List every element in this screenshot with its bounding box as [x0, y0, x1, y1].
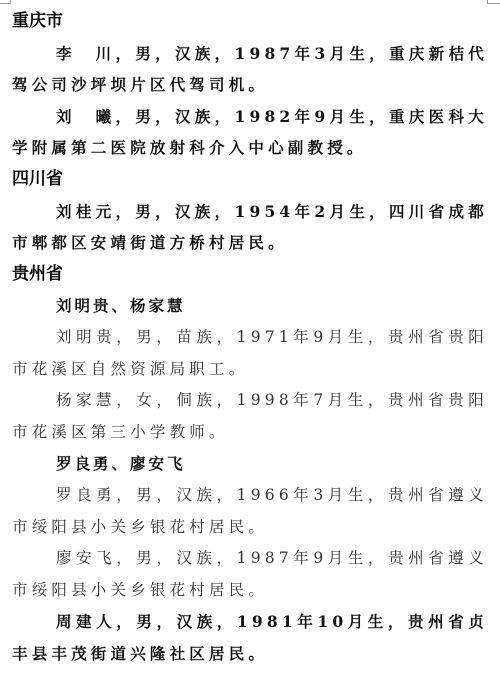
section-heading-guizhou: 贵州省 [12, 259, 488, 291]
section-heading-chongqing: 重庆市 [12, 6, 488, 38]
entry-paragraph: 罗良勇，男，汉族，1966年3月生，贵州省遵义市绥阳县小关乡银花村居民。 [12, 480, 488, 543]
entry-paragraph: 周建人，男，汉族，1981年10月生，贵州省贞丰县丰茂街道兴隆社区居民。 [12, 606, 488, 669]
crop-mark-top-right [487, 0, 488, 4]
group-title: 罗良勇、廖安飞 [12, 448, 488, 480]
entry-paragraph: 刘桂元，男，汉族，1954年2月生，四川省成都市郫都区安靖街道方桥村居民。 [12, 196, 488, 259]
entry-paragraph: 廖安飞，男，汉族，1987年9月生，贵州省遵义市绥阳县小关乡银花村居民。 [12, 543, 488, 606]
entry-paragraph: 杨家慧，女，侗族，1998年7月生，贵州省贵阳市花溪区第三小学教师。 [12, 385, 488, 448]
group-title: 刘明贵、杨家慧 [12, 290, 488, 322]
crop-mark-top-right [488, 3, 500, 4]
document-page: 重庆市 李 川，男，汉族，1987年3月生，重庆新桔代驾公司沙坪坝片区代驾司机。… [12, 6, 488, 669]
entry-paragraph: 刘明贵，男，苗族，1971年9月生，贵州省贵阳市花溪区自然资源局职工。 [12, 322, 488, 385]
section-heading-sichuan: 四川省 [12, 164, 488, 196]
entry-paragraph: 刘 曦，男，汉族，1982年9月生，重庆医科大学附属第二医院放射科介入中心副教授… [12, 101, 488, 164]
crop-mark-top-left [10, 0, 11, 4]
entry-paragraph: 李 川，男，汉族，1987年3月生，重庆新桔代驾公司沙坪坝片区代驾司机。 [12, 38, 488, 101]
crop-mark-top-left [0, 3, 10, 4]
